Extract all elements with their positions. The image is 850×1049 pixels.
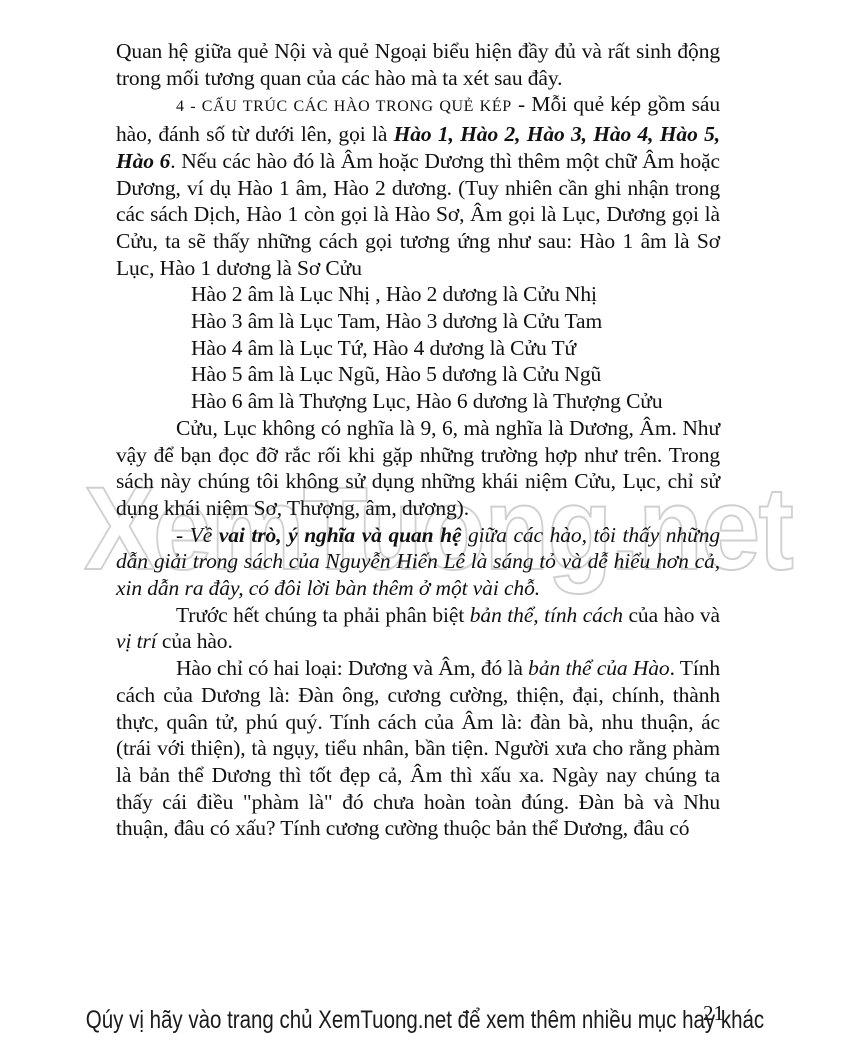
emphasis-role: vai trò, ý nghĩa và quan hệ bbox=[219, 523, 462, 547]
paragraph-cuu-luc: Cửu, Lục không có nghĩa là 9, 6, mà nghĩ… bbox=[116, 415, 720, 522]
paragraph-section-4: 4 - CẤU TRÚC CÁC HÀO TRONG QUẺ KÉP - Mỗi… bbox=[116, 91, 720, 281]
list-item: Hào 2 âm là Lục Nhị , Hào 2 dương là Cửu… bbox=[191, 281, 720, 308]
section-heading: 4 - CẤU TRÚC CÁC HÀO TRONG QUẺ KÉP bbox=[176, 98, 512, 115]
footer-banner[interactable]: Qúy vị hãy vào trang chủ XemTuong.net để… bbox=[77, 1006, 774, 1035]
list-item: Hào 5 âm là Lục Ngũ, Hào 5 dương là Cửu … bbox=[191, 361, 720, 388]
paragraph-intro: Quan hệ giữa quẻ Nội và quẻ Ngoại biểu h… bbox=[116, 38, 720, 91]
list-item: Hào 6 âm là Thượng Lục, Hào 6 dương là T… bbox=[191, 388, 720, 415]
hao-list: Hào 2 âm là Lục Nhị , Hào 2 dương là Cửu… bbox=[116, 281, 720, 415]
book-page: XemTuong.net Quan hệ giữa quẻ Nội và quẻ… bbox=[0, 0, 850, 1049]
paragraph-types: Hào chỉ có hai loại: Dương và Âm, đó là … bbox=[116, 655, 720, 842]
paragraph-role: - Về vai trò, ý nghĩa và quan hệ giữa cá… bbox=[116, 522, 720, 602]
list-item: Hào 3 âm là Lục Tam, Hào 3 dương là Cửu … bbox=[191, 308, 720, 335]
page-body: Quan hệ giữa quẻ Nội và quẻ Ngoại biểu h… bbox=[116, 38, 720, 842]
paragraph-first: Trước hết chúng ta phải phân biệt bản th… bbox=[116, 602, 720, 655]
list-item: Hào 4 âm là Lục Tứ, Hào 4 dương là Cửu T… bbox=[191, 335, 720, 362]
